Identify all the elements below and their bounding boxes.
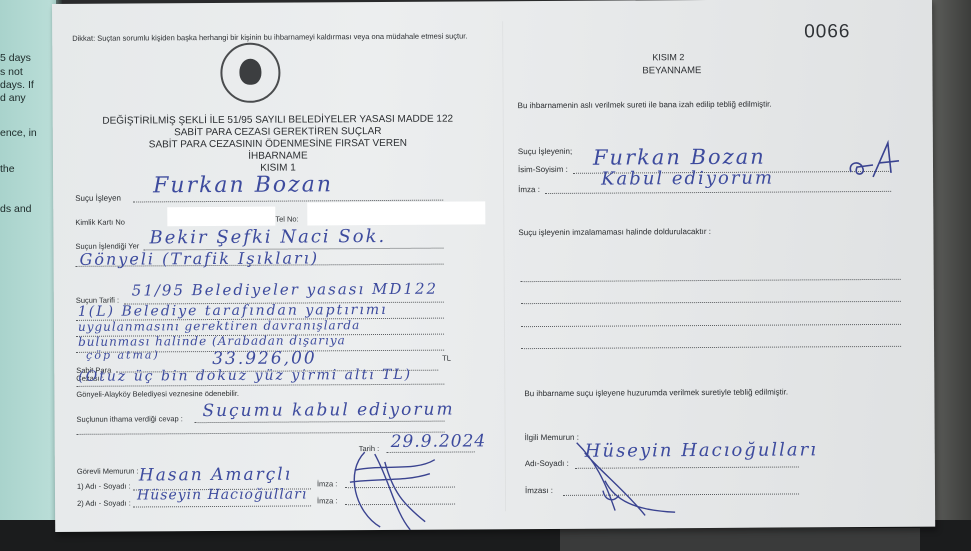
- offender-label: Suçu İşleyen: [75, 194, 121, 203]
- description-value-4: bulunması halinde (Arabadan dışarıya: [78, 333, 346, 349]
- booklet-text: 5 days: [0, 52, 31, 64]
- fine-notice-form: Dikkat: Suçtan sorumlu kişiden başka her…: [52, 0, 935, 532]
- signature-line: [545, 191, 891, 194]
- tel-label: Tel No:: [275, 214, 298, 223]
- offender-signature-mark: [843, 137, 903, 187]
- officers-label: Görevli Memurun :: [77, 466, 139, 475]
- location-value-2: Gönyeli (Trafik Işıkları): [80, 248, 320, 268]
- refusal-line-4: [521, 346, 901, 349]
- response-line-2: [77, 432, 445, 435]
- seal-emblem-icon: [239, 59, 261, 85]
- officer2-line: [133, 505, 311, 507]
- part2-title: KISIM 2: [652, 52, 684, 62]
- officer-heading: İlgili Memurun :: [525, 433, 579, 442]
- name-label: İsim-Soyisim :: [518, 165, 568, 174]
- officer-signature-mark: [335, 442, 446, 533]
- offender-heading: Suçu İşleyenin;: [518, 147, 572, 156]
- officer-signature-label: İmzası :: [525, 486, 553, 495]
- fine-in-words: (Otuz üç bin dokuz yüz yirmi altı TL): [78, 367, 412, 385]
- refusal-label: Suçu işleyenin imzalamaması halinde dold…: [518, 227, 711, 237]
- booklet-text: s not: [0, 66, 23, 78]
- fine-amount: 33.926,00: [212, 348, 317, 369]
- booklet-text: d any: [0, 92, 26, 104]
- officer1-label: 1) Adı - Soyadı :: [77, 482, 131, 491]
- underlying-sheet: [560, 528, 920, 551]
- id-card-label: Kimlik Kartı No: [75, 218, 125, 227]
- part2-subtitle: BEYANNAME: [642, 65, 701, 76]
- booklet-text: days. If: [0, 79, 34, 91]
- payable-note: Gönyeli-Alayköy Belediyesi veznesine öde…: [76, 389, 239, 399]
- signature-value: Kabul ediyorum: [601, 168, 774, 190]
- refusal-line-1: [521, 279, 901, 282]
- response-value: Suçumu kabul ediyorum: [202, 400, 454, 422]
- notice-statement: Bu ihbarnamenin aslı verilmek sureti ile…: [518, 100, 772, 111]
- fine-currency: TL: [442, 354, 451, 363]
- officer2-label: 2) Adı - Soyadı :: [77, 499, 131, 508]
- signature-label: İmza :: [518, 185, 540, 194]
- refusal-line-3: [521, 324, 901, 327]
- refusal-line-2: [521, 301, 901, 304]
- name-value: Furkan Bozan: [593, 145, 766, 170]
- delivery-statement: Bu ihbarname suçu işleyene huzurumda ver…: [524, 388, 788, 399]
- booklet-text: the: [0, 163, 15, 175]
- warning-note: Dikkat: Suçtan sorumlu kişiden başka her…: [72, 31, 467, 42]
- description-value-5: çöp atma): [86, 348, 160, 361]
- response-line: [195, 421, 445, 424]
- description-value-3: uygulanmasını gerektiren davranışlarda: [78, 318, 360, 334]
- description-value-2: 1(L) Belediye tarafından yaptırımı: [78, 302, 388, 320]
- serial-number: 0066: [804, 21, 850, 43]
- response-label: Suçlunun ithama verdiği cevap :: [77, 414, 183, 424]
- officer1-value: Hasan Amarçlı: [139, 465, 292, 486]
- booklet-text: ence, in: [0, 127, 37, 139]
- tel-redaction: [307, 201, 485, 225]
- officer2-value: Hüseyin Hacıoğulları: [137, 486, 307, 503]
- offender-value: Furkan Bozan: [153, 172, 333, 198]
- municipality-seal-icon: [220, 43, 280, 103]
- officer-signature-mark-2: [575, 440, 685, 521]
- page-divider: [502, 21, 506, 511]
- location-value-1: Bekir Şefki Naci Sok.: [149, 226, 386, 248]
- booklet-text: ds and: [0, 203, 32, 215]
- description-value-1: 51/95 Belediyeler yasası MD122: [132, 280, 438, 300]
- officer-name-label: Adı-Soyadı :: [525, 459, 569, 468]
- id-card-redaction: [167, 207, 275, 227]
